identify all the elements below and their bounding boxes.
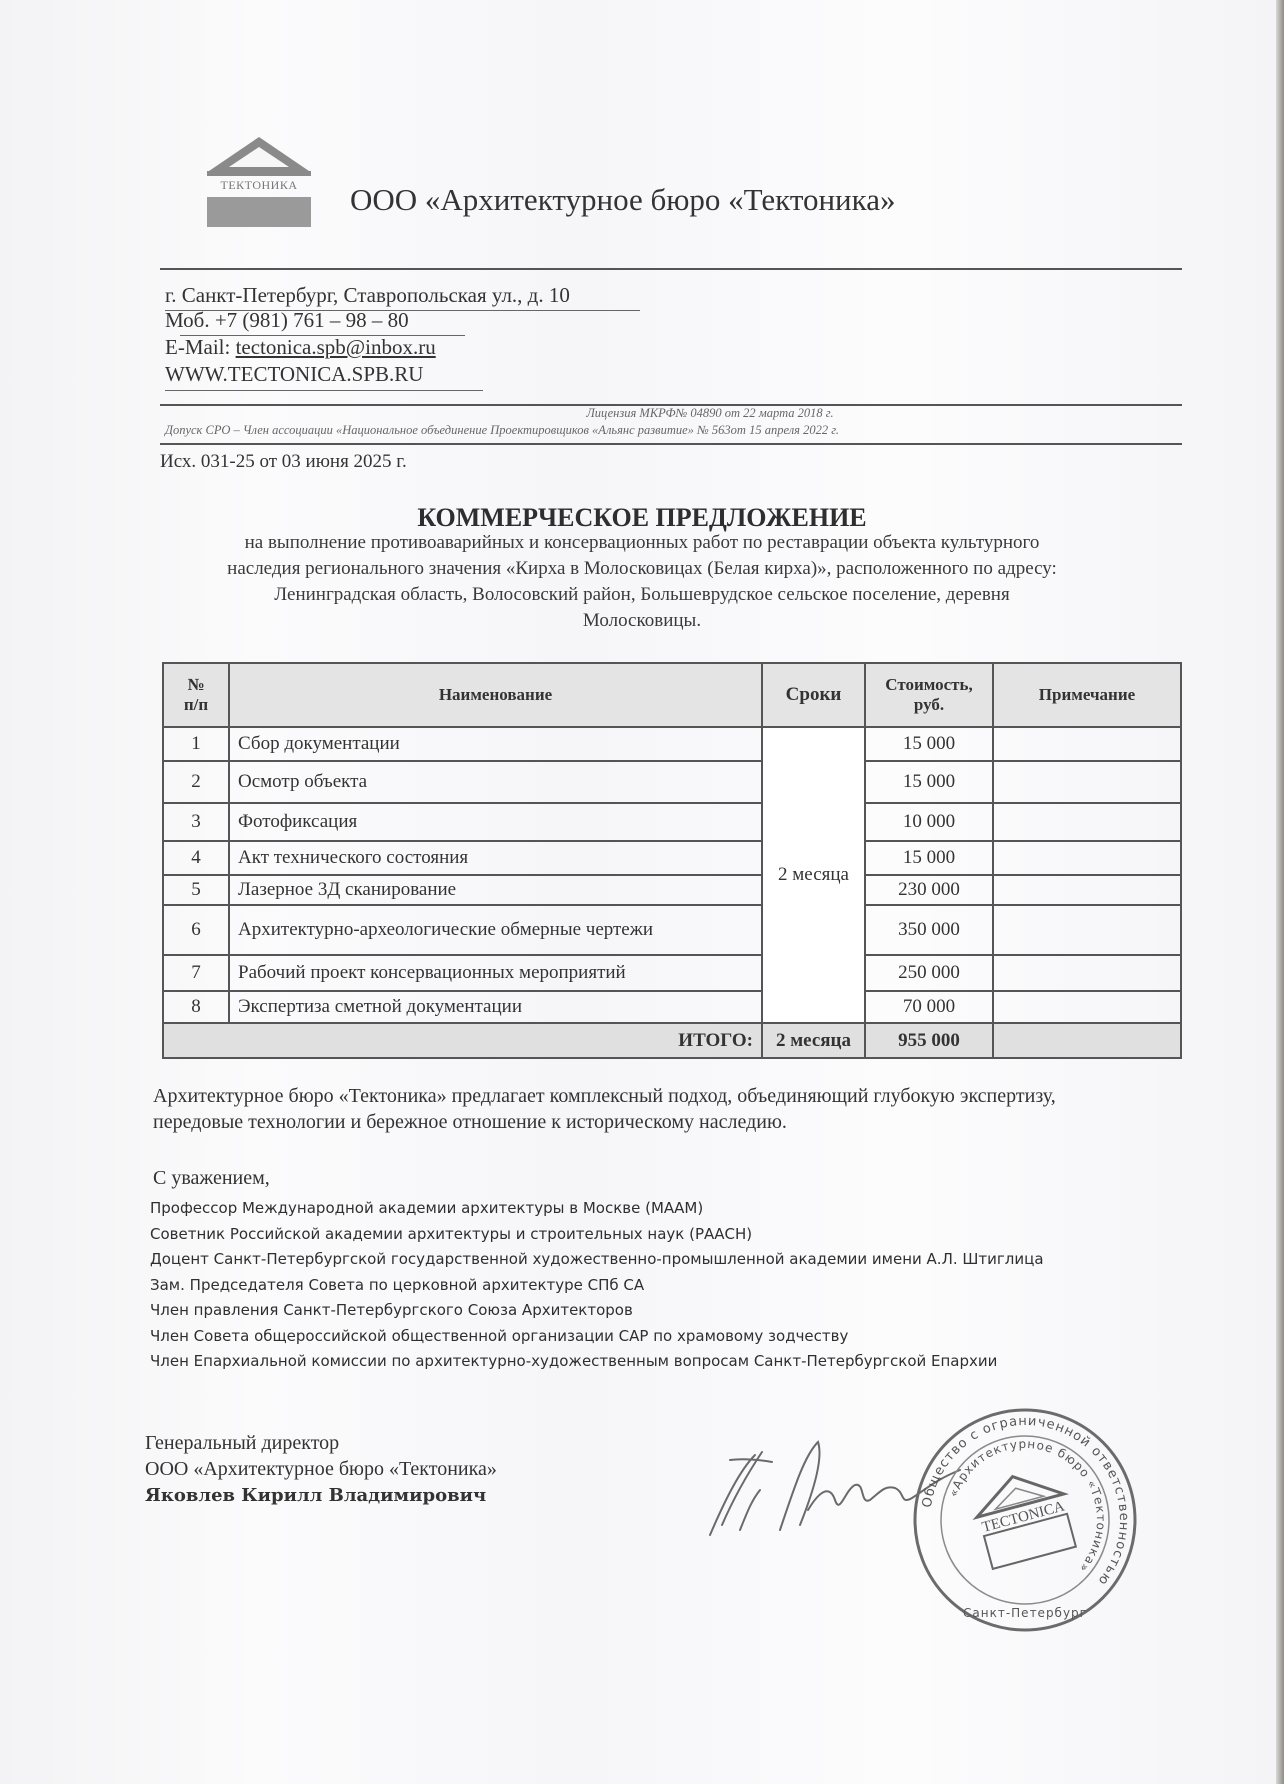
row-cost: 250 000	[865, 955, 993, 991]
address: г. Санкт-Петербург, Ставропольская ул., …	[165, 283, 570, 308]
col-note-header: Примечание	[993, 663, 1181, 727]
row-number: 7	[163, 955, 229, 991]
row-name: Рабочий проект консервационных мероприят…	[229, 955, 762, 991]
row-note	[993, 841, 1181, 875]
row-note	[993, 955, 1181, 991]
closing: С уважением,	[153, 1167, 270, 1190]
svg-text:«Архитектурное бюро «Тектоника: «Архитектурное бюро «Тектоника»	[946, 1437, 1108, 1576]
company-logo: ТЕКТОНИКА	[205, 135, 313, 231]
credential-line: Член правления Санкт-Петербургского Союз…	[150, 1301, 633, 1319]
email-row: E-Mail: tectonica.spb@inbox.ru	[165, 335, 436, 360]
stamp-inner-text: «Архитектурное бюро «Тектоника»	[946, 1437, 1108, 1576]
row-name: Архитектурно-археологические обмерные че…	[229, 905, 762, 955]
subtitle-line: Ленинградская область, Волосовский район…	[0, 582, 1284, 608]
table-row: 4Акт технического состояния15 000	[163, 841, 1181, 875]
website-underline	[165, 390, 483, 391]
sro-membership: Допуск СРО – Член ассоциации «Национальн…	[165, 423, 839, 438]
total-label: ИТОГО:	[163, 1023, 762, 1058]
row-cost: 15 000	[865, 761, 993, 803]
page-edge-shadow	[1276, 0, 1284, 1784]
row-cost: 350 000	[865, 905, 993, 955]
credential-line: Зам. Председателя Совета по церковной ар…	[150, 1276, 644, 1294]
website[interactable]: WWW.TECTONICA.SPB.RU	[165, 362, 423, 387]
offer-paragraph-line: передовые технологии и бережное отношени…	[153, 1111, 787, 1134]
credential-line: Член Совета общероссийской общественной …	[150, 1327, 848, 1345]
header-rule-top	[160, 268, 1182, 270]
credential-line: Профессор Международной академии архитек…	[150, 1199, 703, 1217]
col-cost-header: Стоимость,руб.	[865, 663, 993, 727]
row-cost: 70 000	[865, 991, 993, 1023]
subtitle-line: наследия регионального значения «Кирха в…	[0, 556, 1284, 582]
table-row: 6Архитектурно-археологические обмерные ч…	[163, 905, 1181, 955]
company-stamp-icon: Общество с ограниченной ответственностью…	[910, 1405, 1140, 1635]
table-total-row: ИТОГО:2 месяца955 000	[163, 1023, 1181, 1058]
col-name-header: Наименование	[229, 663, 762, 727]
row-number: 5	[163, 875, 229, 905]
signatory-position: Генеральный директор	[145, 1432, 339, 1455]
total-term: 2 месяца	[762, 1023, 865, 1058]
row-name: Лазерное 3Д сканирование	[229, 875, 762, 905]
row-number: 6	[163, 905, 229, 955]
row-number: 3	[163, 803, 229, 841]
row-cost: 10 000	[865, 803, 993, 841]
row-note	[993, 905, 1181, 955]
row-note	[993, 761, 1181, 803]
row-name: Сбор документации	[229, 727, 762, 761]
outgoing-reference: Исх. 031-25 от 03 июня 2025 г.	[160, 451, 407, 473]
table-row: 3Фотофиксация10 000	[163, 803, 1181, 841]
row-name: Фотофиксация	[229, 803, 762, 841]
row-note	[993, 727, 1181, 761]
license: Лицензия МКРФ№ 04890 от 22 марта 2018 г.	[0, 406, 1284, 421]
credential-line: Советник Российской академии архитектуры…	[150, 1225, 752, 1243]
email-label: E-Mail:	[165, 335, 236, 359]
stamp-city: Санкт-Петербург	[963, 1606, 1087, 1620]
subtitle-line: Молосковицы.	[0, 608, 1284, 634]
row-number: 2	[163, 761, 229, 803]
table-row: 8Экспертиза сметной документации70 000	[163, 991, 1181, 1023]
row-cost: 230 000	[865, 875, 993, 905]
row-note	[993, 875, 1181, 905]
table-row: 2Осмотр объекта15 000	[163, 761, 1181, 803]
header-rule-bottom	[160, 443, 1182, 445]
phone: Моб. +7 (981) 761 – 98 – 80	[165, 308, 409, 333]
row-cost: 15 000	[865, 727, 993, 761]
row-note	[993, 803, 1181, 841]
row-name: Осмотр объекта	[229, 761, 762, 803]
row-name: Экспертиза сметной документации	[229, 991, 762, 1023]
offer-table: №п/п Наименование Сроки Стоимость,руб. П…	[162, 662, 1182, 1059]
company-name: ООО «Архитектурное бюро «Тектоника»	[350, 182, 895, 218]
logo-word: ТЕКТОНИКА	[207, 178, 311, 193]
total-note	[993, 1023, 1181, 1058]
row-number: 4	[163, 841, 229, 875]
col-term-header: Сроки	[762, 663, 865, 727]
offer-paragraph-line: Архитектурное бюро «Тектоника» предлагае…	[153, 1085, 1056, 1108]
total-cost: 955 000	[865, 1023, 993, 1058]
signatory-company: ООО «Архитектурное бюро «Тектоника»	[145, 1458, 497, 1481]
row-number: 8	[163, 991, 229, 1023]
signatory-name: Яковлев Кирилл Владимирович	[145, 1485, 486, 1506]
logo-roof-icon	[205, 135, 313, 177]
table-row: 5Лазерное 3Д сканирование230 000	[163, 875, 1181, 905]
subtitle-line: на выполнение противоаварийных и консерв…	[0, 530, 1284, 556]
col-num-header: №п/п	[163, 663, 229, 727]
credential-line: Член Епархиальной комиссии по архитектур…	[150, 1352, 997, 1370]
table-row: 1Сбор документации2 месяца15 000	[163, 727, 1181, 761]
table-header-row: №п/п Наименование Сроки Стоимость,руб. П…	[163, 663, 1181, 727]
logo-block	[207, 197, 311, 227]
row-note	[993, 991, 1181, 1023]
credential-line: Доцент Санкт-Петербургской государственн…	[150, 1250, 1044, 1268]
row-cost: 15 000	[865, 841, 993, 875]
row-number: 1	[163, 727, 229, 761]
email-link[interactable]: tectonica.spb@inbox.ru	[236, 335, 436, 359]
document-title: КОММЕРЧЕСКОЕ ПРЕДЛОЖЕНИЕ	[0, 503, 1284, 533]
row-term: 2 месяца	[762, 727, 865, 1023]
table-row: 7Рабочий проект консервационных мероприя…	[163, 955, 1181, 991]
document-subtitle: на выполнение противоаварийных и консерв…	[0, 530, 1284, 634]
row-name: Акт технического состояния	[229, 841, 762, 875]
